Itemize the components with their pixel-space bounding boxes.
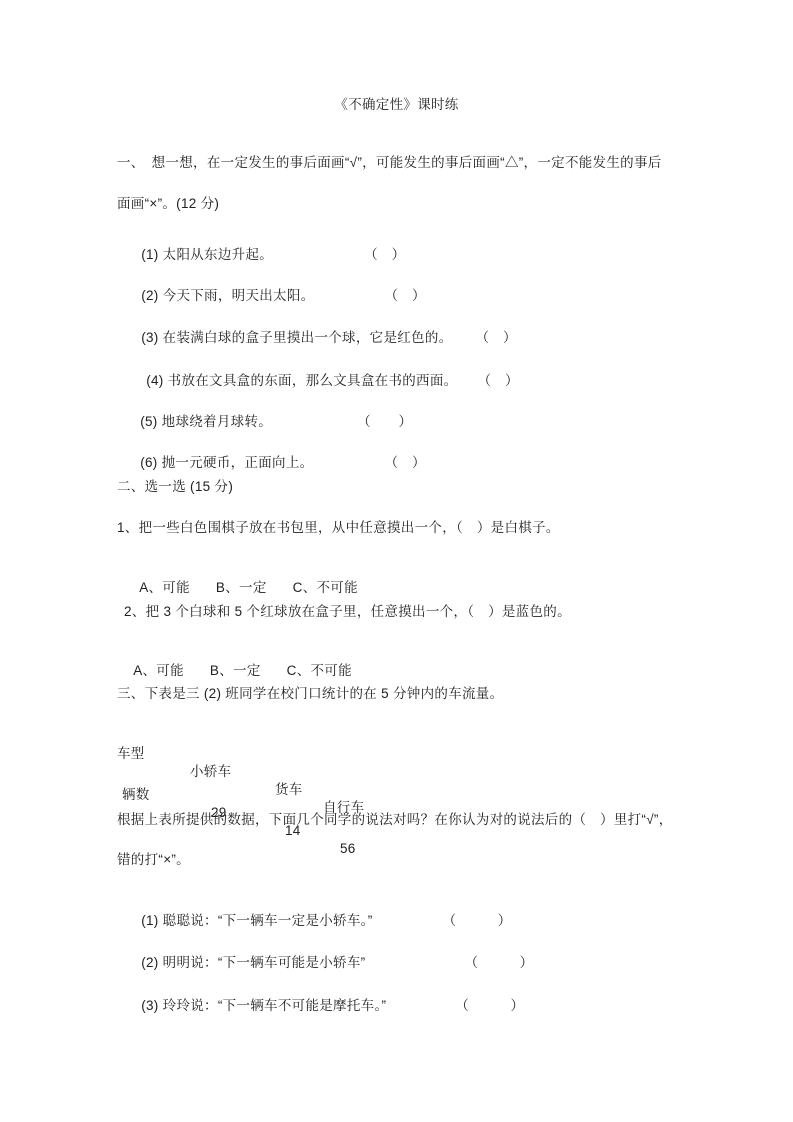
answer-blank: （ ） (464, 954, 533, 972)
section1-item-3: (3) 在装满白球的盒子里摸出一个球，它是红色的。（ ） (125, 311, 517, 329)
table-row-label: 辆数 (122, 786, 150, 804)
question-text: (5) 地球绕着月球转。 (140, 414, 272, 429)
option-a: A、可能 (139, 579, 190, 597)
section1-item-2: (2) 今天下雨，明天出太阳。（ ） (125, 269, 426, 287)
section1-item-1: (1) 太阳从东边升起。（ ） (125, 228, 405, 246)
section2-question-2-options: A、可能B、一定C、不可能 (117, 644, 352, 662)
section2-question-2: 2、把 3 个白球和 5 个红球放在盒子里，任意摸出一个，（ ）是蓝色的。 (124, 603, 571, 621)
section3-note-line2: 错的打“×”。 (117, 851, 190, 869)
question-text: (4) 书放在文具盒的东面，那么文具盒在书的西面。 (146, 373, 457, 388)
question-text: (6) 抛一元硬币，正面向上。 (140, 455, 313, 470)
option-a: A、可能 (133, 662, 184, 680)
statement-text: (2) 明明说：“下一辆车可能是小轿车” (141, 955, 365, 970)
question-text: (2) 今天下雨，明天出太阳。 (141, 288, 314, 303)
traffic-table-header-row: 车型 小轿车 货车 自行车 (0, 727, 793, 745)
question-text: (1) 太阳从东边升起。 (141, 247, 273, 262)
section1-item-6: (6) 抛一元硬币，正面向上。（ ） (124, 436, 426, 454)
statement-text: (1) 聪聪说：“下一辆车一定是小轿车。” (141, 913, 372, 928)
answer-blank: （ ） (475, 329, 516, 347)
statement-text: (3) 玲玲说：“下一辆车不可能是摩托车。” (141, 998, 386, 1013)
section3-item-1: (1) 聪聪说：“下一辆车一定是小轿车。”（ ） (125, 894, 512, 912)
section1-heading-line1: 一、 想一想，在一定发生的事后面画“√”，可能发生的事后面画“△”，一定不能发生… (117, 154, 662, 172)
answer-blank: （ ） (443, 912, 512, 930)
section3-note-line1: 根据上表所提供的数据，下面几个同学的说法对吗？在你认为对的说法后的（ ）里打“√… (117, 811, 673, 829)
option-c: C、不可能 (287, 662, 352, 680)
page-title: 《不确定性》课时练 (0, 96, 793, 114)
traffic-table-value-row: 辆数 29 14 56 (0, 768, 793, 786)
answer-blank: （ ） (477, 372, 518, 390)
question-text: (3) 在装满白球的盒子里摸出一个球，它是红色的。 (141, 330, 452, 345)
answer-blank: （ ） (455, 997, 524, 1015)
section1-item-5: (5) 地球绕着月球转。（ ） (124, 395, 412, 413)
section3-intro: 三、下表是三 (2) 班同学在校门口统计的在 5 分钟内的车流量。 (117, 685, 503, 703)
answer-blank: （ ） (384, 454, 425, 472)
answer-blank: （ ） (384, 287, 425, 305)
answer-blank: （ ） (364, 246, 405, 264)
section3-item-2: (2) 明明说：“下一辆车可能是小轿车”（ ） (125, 936, 533, 954)
section1-heading-line2: 面画“×”。(12 分) (117, 195, 219, 213)
option-c: C、不可能 (293, 579, 358, 597)
worksheet-page: 《不确定性》课时练 一、 想一想，在一定发生的事后面画“√”，可能发生的事后面画… (0, 0, 793, 1122)
table-header-label: 车型 (117, 745, 145, 763)
section2-heading: 二、选一选 (15 分) (117, 478, 233, 496)
answer-blank: （ ） (357, 413, 412, 431)
section2-question-1: 1、把一些白色围棋子放在书包里，从中任意摸出一个，（ ）是白棋子。 (117, 519, 560, 537)
section2-question-1-options: A、可能B、一定C、不可能 (123, 561, 358, 579)
table-value-bicycle: 56 (340, 840, 356, 858)
option-b: B、一定 (216, 579, 267, 597)
section3-item-3: (3) 玲玲说：“下一辆车不可能是摩托车。”（ ） (125, 979, 524, 997)
section1-item-4: (4) 书放在文具盒的东面，那么文具盒在书的西面。（ ） (130, 354, 519, 372)
option-b: B、一定 (210, 662, 261, 680)
